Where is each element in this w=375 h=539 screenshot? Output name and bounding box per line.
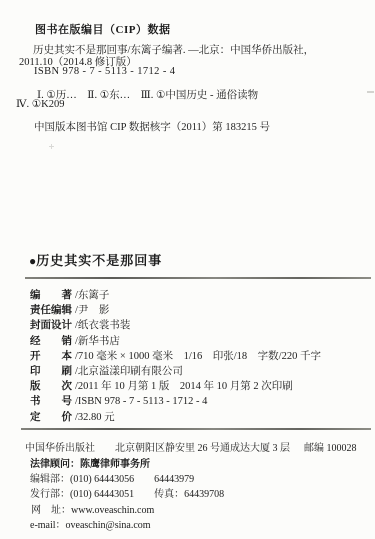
cip-header: 图书在版编目（CIP）数据 — [35, 21, 170, 37]
publisher-address: 北京朝阳区静安里 26 号通成达大厦 3 层 — [115, 443, 290, 454]
colophon-value: 纸衣裳书装 — [78, 320, 131, 331]
book-title: 历史其实不是那回事 — [36, 253, 162, 268]
colophon-label: 定 价 — [30, 409, 75, 424]
colophon-value: ISBN 978 - 7 - 5113 - 1712 - 4 — [78, 396, 207, 407]
colophon-row-edition: 版 次/2011 年 10 月第 1 版 2014 年 10 月第 2 次印刷 — [30, 378, 367, 393]
postcode: 邮编 100028 — [304, 443, 357, 454]
cip-classification-line-2: Ⅳ. ①K209 — [16, 98, 65, 110]
colophon-value: 尹 影 — [78, 305, 110, 316]
colophon-row-author: 编 著/东篱子 — [30, 287, 367, 302]
email-line: e-mail：oveaschin@sina.com — [30, 516, 151, 531]
colophon-value: 2011 年 10 月第 1 版 2014 年 10 月第 2 次印刷 — [78, 381, 293, 392]
cip-registration-number: 中国版本图书馆 CIP 数据核字（2011）第 183215 号 — [34, 119, 270, 134]
scan-artifact-dash — [367, 91, 374, 93]
colophon-value: 710 毫米 × 1000 毫米 1/16 印张/18 字数/220 千字 — [78, 351, 321, 362]
website-line: 网 址：www.oveaschin.com — [31, 501, 154, 516]
scan-artifact-plus — [49, 144, 54, 149]
colophon-row-cover-design: 封面设计/纸衣裳书装 — [30, 317, 367, 332]
publisher-address-line: 中国华侨出版社北京朝阳区静安里 26 号通成达大厦 3 层邮编 100028 — [25, 439, 357, 454]
colophon-label: 版 次 — [30, 378, 75, 393]
publisher-name: 中国华侨出版社 — [25, 443, 95, 454]
divider-rule-top — [25, 277, 371, 279]
colophon-value: 新华书店 — [78, 336, 120, 347]
colophon-row-printer: 印 刷/北京溢漾印刷有限公司 — [30, 363, 367, 378]
colophon-row-price: 定 价/32.80 元 — [30, 409, 367, 424]
colophon-label: 书 号 — [30, 393, 75, 408]
colophon-value: 北京溢漾印刷有限公司 — [78, 366, 183, 377]
legal-advisor-line: 法律顾问：陈鹰律师事务所 — [30, 455, 150, 470]
colophon-label: 责任编辑 — [30, 302, 75, 317]
book-title-row: ●历史其实不是那回事 — [29, 250, 162, 269]
divider-rule-bottom — [21, 428, 371, 430]
colophon-label: 经 销 — [30, 333, 75, 348]
cip-classification-line-1: Ⅰ. ①历… Ⅱ. ①东… Ⅲ. ①中国历史 - 通俗读物 — [37, 87, 258, 102]
colophon-row-editor: 责任编辑/尹 影 — [30, 302, 367, 317]
colophon-label: 封面设计 — [30, 317, 75, 332]
colophon-label: 开 本 — [30, 348, 75, 363]
distribution-phone-line: 发行部：(010) 64443051 传真：64439708 — [30, 485, 224, 500]
colophon-label: 编 著 — [30, 287, 75, 302]
colophon-row-distributor: 经 销/新华书店 — [30, 333, 367, 348]
colophon-block: 编 著/东篱子 责任编辑/尹 影 封面设计/纸衣裳书装 经 销/新华书店 开 本… — [30, 287, 367, 424]
colophon-label: 印 刷 — [30, 363, 75, 378]
colophon-row-format: 开 本/710 毫米 × 1000 毫米 1/16 印张/18 字数/220 千… — [30, 348, 367, 363]
colophon-value: 东篱子 — [78, 290, 110, 301]
cip-isbn: ISBN 978 - 7 - 5113 - 1712 - 4 — [34, 66, 175, 77]
copyright-page: 图书在版编目（CIP）数据 历史其实不是那回事/东篱子编著. —北京：中国华侨出… — [0, 0, 375, 539]
editorial-phone-line: 编辑部：(010) 64443056 64443979 — [30, 470, 194, 485]
colophon-value: 32.80 元 — [78, 412, 115, 423]
colophon-row-isbn: 书 号/ISBN 978 - 7 - 5113 - 1712 - 4 — [30, 393, 367, 408]
